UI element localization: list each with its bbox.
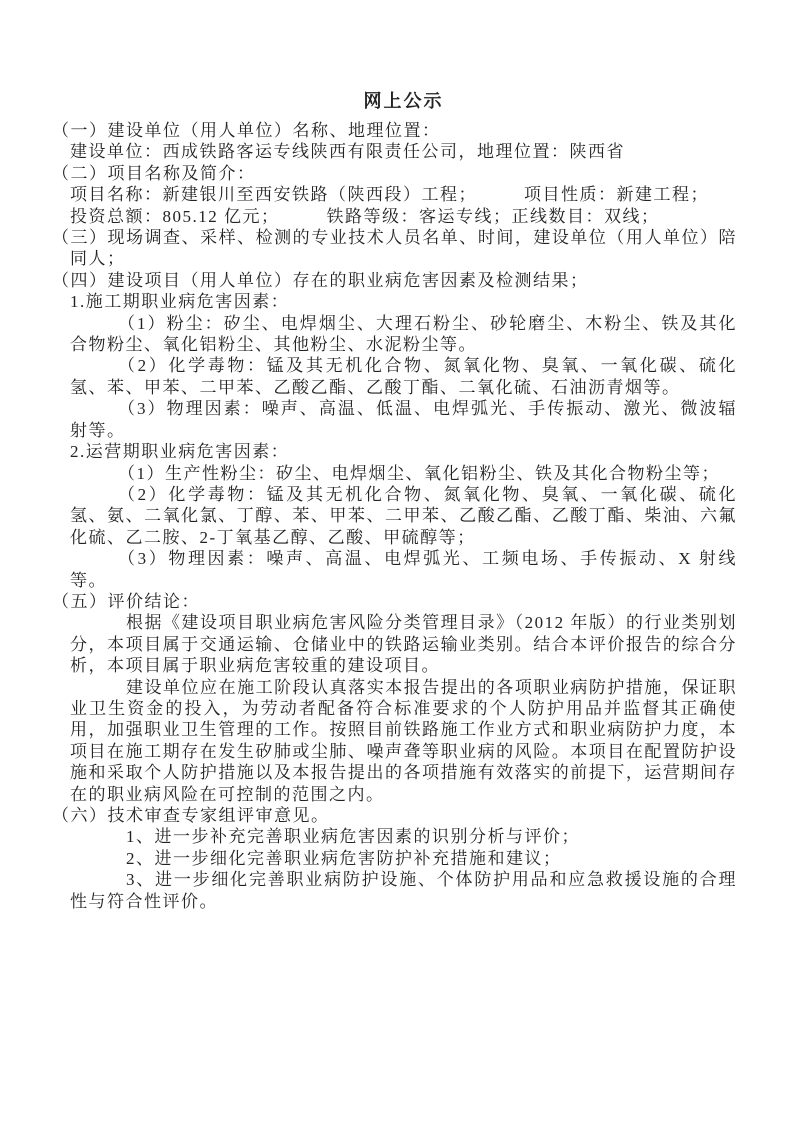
list-item: （四）建设项目（用人单位）存在的职业病危害因素及检测结果； <box>70 270 737 291</box>
sub-heading: 1.施工期职业病危害因素： <box>70 291 737 312</box>
paragraph: 根据《建设项目职业病危害风险分类管理目录》（2012 年版）的行业类别划分，本项… <box>70 612 737 676</box>
list-item: （五）评价结论： <box>70 591 737 612</box>
document-body: 网上公示 （一）建设单位（用人单位）名称、地理位置：建设单位：西成铁路客运专线陕… <box>70 90 737 912</box>
paragraph: （1）生产性粉尘：矽尘、电焊烟尘、氧化铝粉尘、铁及其化合物粉尘等； <box>70 463 737 484</box>
sub-heading: 2.运营期职业病危害因素： <box>70 441 737 462</box>
list-item: （三）现场调查、采样、检测的专业技术人员名单、时间，建设单位（用人单位）陪同人； <box>70 227 737 270</box>
paragraph: 3、进一步细化完善职业病防护设施、个体防护用品和应急救援设施的合理性与符合性评价… <box>70 869 737 912</box>
content-line: 建设单位：西成铁路客运专线陕西有限责任公司，地理位置：陕西省 <box>70 141 737 162</box>
document-blocks: （一）建设单位（用人单位）名称、地理位置：建设单位：西成铁路客运专线陕西有限责任… <box>70 120 737 912</box>
page-title: 网上公示 <box>70 90 737 112</box>
paragraph: （2）化学毒物：锰及其无机化合物、氮氧化物、臭氧、一氧化碳、硫化氢、苯、甲苯、二… <box>70 355 737 398</box>
paragraph: （2）化学毒物：锰及其无机化合物、氮氧化物、臭氧、一氧化碳、硫化氢、氨、二氧化氯… <box>70 484 737 548</box>
document-page: 网上公示 （一）建设单位（用人单位）名称、地理位置：建设单位：西成铁路客运专线陕… <box>0 0 800 1131</box>
paragraph: 建设单位应在施工阶段认真落实本报告提出的各项职业病防护措施，保证职业卫生资金的投… <box>70 677 737 805</box>
content-line: 项目名称：新建银川至西安铁路（陕西段）工程； 项目性质：新建工程； <box>70 184 737 205</box>
paragraph: （3）物理因素：噪声、高温、低温、电焊弧光、手传振动、激光、微波辐射等。 <box>70 398 737 441</box>
paragraph: 1、进一步补充完善职业病危害因素的识别分析与评价； <box>70 826 737 847</box>
paragraph: （1）粉尘：矽尘、电焊烟尘、大理石粉尘、砂轮磨尘、木粉尘、铁及其化合物粉尘、氧化… <box>70 313 737 356</box>
list-item: （二）项目名称及简介： <box>70 163 737 184</box>
paragraph: （3）物理因素：噪声、高温、电焊弧光、工频电场、手传振动、X 射线等。 <box>70 548 737 591</box>
list-item: （六）技术审查专家组评审意见。 <box>70 805 737 826</box>
list-item: （一）建设单位（用人单位）名称、地理位置： <box>70 120 737 141</box>
content-line: 投资总额：805.12 亿元； 铁路等级：客运专线；正线数目：双线； <box>70 206 737 227</box>
paragraph: 2、进一步细化完善职业病危害防护补充措施和建议； <box>70 848 737 869</box>
